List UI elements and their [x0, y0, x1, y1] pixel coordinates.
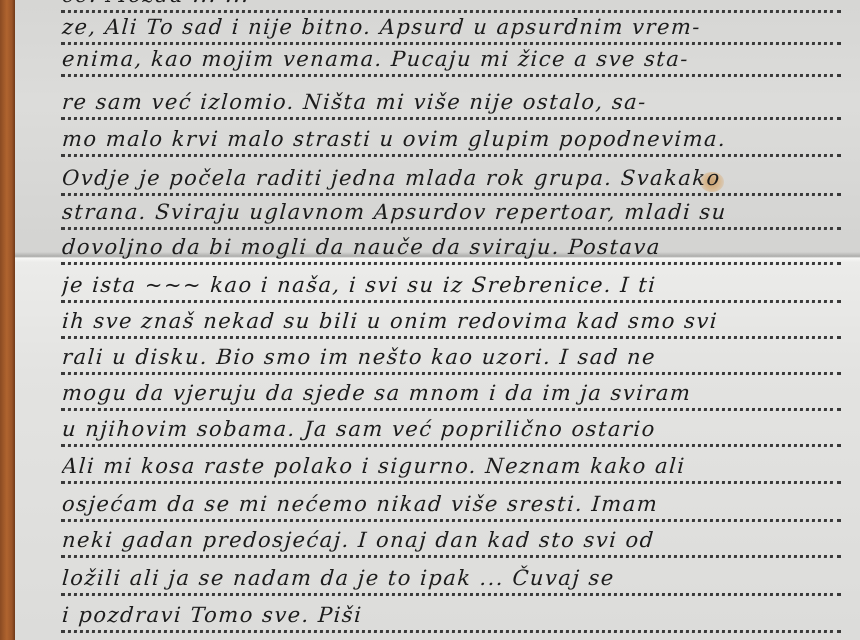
letter-line: mogu da vjeruju da sjede sa mnom i da im…: [61, 378, 843, 411]
wooden-surface: [0, 0, 15, 640]
letter-line: ložili ali ja se nadam da je to ipak ...…: [61, 563, 843, 596]
letter-line: ze, Ali To sad i nije bitno. Apsurd u ap…: [61, 12, 843, 45]
letter-line: mo malo krvi malo strasti u ovim glupim …: [61, 124, 843, 157]
letter-line: Ovdje je počela raditi jedna mlada rok g…: [61, 163, 843, 196]
letter-line: dovoljno da bi mogli da nauče da sviraju…: [61, 232, 843, 265]
letter-line: Ali mi kosa raste polako i sigurno. Nezn…: [61, 451, 843, 484]
letter-line: je ista ~~~ kao i naša, i svi su iz Sreb…: [61, 270, 843, 303]
letter-line: neki gadan predosjećaj. I onaj dan kad s…: [61, 525, 843, 558]
letter-line: ih sve znaš nekad su bili u onim redovim…: [61, 306, 843, 339]
letter-line: osjećam da se mi nećemo nikad više srest…: [61, 489, 843, 522]
letter-line: u njihovim sobama. Ja sam već poprilično…: [61, 414, 843, 447]
letter-line: enima, kao mojim venama. Pucaju mi žice …: [61, 44, 843, 77]
letter-line: i pozdravi Tomo sve. Piši: [61, 600, 843, 633]
letter-line: re sam već izlomio. Ništa mi više nije o…: [61, 87, 843, 120]
letter-line: rali u disku. Bio smo im nešto kao uzori…: [61, 342, 843, 375]
letter-line: strana. Sviraju uglavnom Apsurdov repert…: [61, 197, 843, 230]
